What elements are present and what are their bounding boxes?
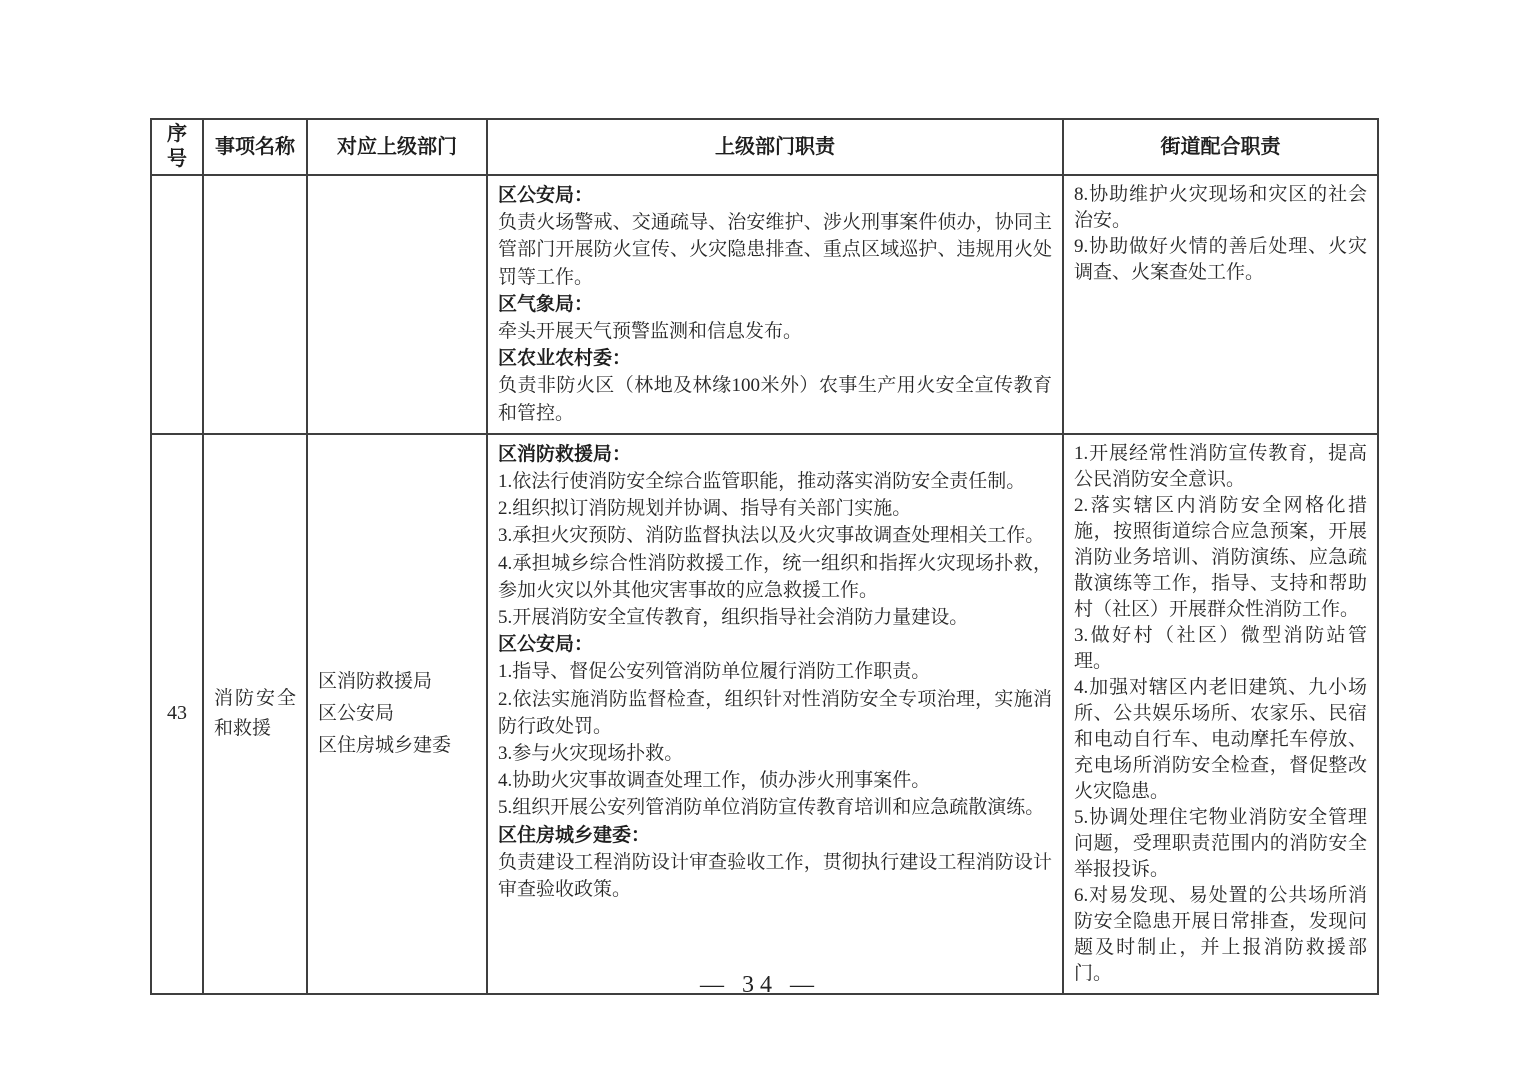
cell-superior-duties: 区消防救援局：1.依法行使消防安全综合监管职能，推动落实消防安全责任制。2.组织…	[487, 434, 1063, 994]
cell-seq-empty	[151, 175, 203, 434]
list-item: 3.做好村（社区）微型消防站管理。	[1074, 623, 1367, 675]
table-row-continuation: 区公安局：负责火场警戒、交通疏导、治安维护、涉火刑事案件侦办，协同主管部门开展防…	[151, 175, 1378, 434]
list-item: 区公安局	[318, 698, 476, 730]
list-item: 区住房城乡建委	[318, 730, 476, 762]
duty-text: 4.协助火灾事故调查处理工作，侦办涉火刑事案件。	[498, 767, 1052, 794]
duty-text: 3.参与火灾现场扑救。	[498, 740, 1052, 767]
header-seq: 序号	[151, 119, 203, 175]
department-heading: 区气象局：	[498, 291, 1052, 318]
duty-text: 负责非防火区（林地及林缘100米外）农事生产用火安全宣传教育和管控。	[498, 372, 1052, 426]
department-heading: 区公安局：	[498, 182, 1052, 209]
duty-text: 5.组织开展公安列管消防单位消防宣传教育培训和应急疏散演练。	[498, 794, 1052, 821]
table-row-43: 43 消防安全和救援 区消防救援局区公安局区住房城乡建委 区消防救援局：1.依法…	[151, 434, 1378, 994]
header-item-name: 事项名称	[203, 119, 307, 175]
list-item: 5.协调处理住宅物业消防安全管理问题，受理职责范围内的消防安全举报投诉。	[1074, 805, 1367, 883]
cell-departments-empty	[307, 175, 487, 434]
cell-departments: 区消防救援局区公安局区住房城乡建委	[307, 434, 487, 994]
list-item: 9.协助做好火情的善后处理、火灾调查、火案查处工作。	[1074, 234, 1367, 286]
header-superior-dept: 对应上级部门	[307, 119, 487, 175]
department-heading: 区农业农村委：	[498, 345, 1052, 372]
header-street-duties: 街道配合职责	[1063, 119, 1378, 175]
duty-text: 1.依法行使消防安全综合监管职能，推动落实消防安全责任制。	[498, 468, 1052, 495]
cell-item-name-empty	[203, 175, 307, 434]
duty-text: 负责火场警戒、交通疏导、治安维护、涉火刑事案件侦办，协同主管部门开展防火宣传、火…	[498, 209, 1052, 291]
cell-superior-duties: 区公安局：负责火场警戒、交通疏导、治安维护、涉火刑事案件侦办，协同主管部门开展防…	[487, 175, 1063, 434]
duty-text: 4.承担城乡综合性消防救援工作，统一组织和指挥火灾现场扑救，参加火灾以外其他灾害…	[498, 550, 1052, 604]
list-item: 1.开展经常性消防宣传教育，提高公民消防安全意识。	[1074, 441, 1367, 493]
duty-text: 牵头开展天气预警监测和信息发布。	[498, 318, 1052, 345]
cell-seq: 43	[151, 434, 203, 994]
table-header-row: 序号 事项名称 对应上级部门 上级部门职责 街道配合职责	[151, 119, 1378, 175]
list-item: 4.加强对辖区内老旧建筑、九小场所、公共娱乐场所、农家乐、民宿和电动自行车、电动…	[1074, 675, 1367, 805]
duties-table: 序号 事项名称 对应上级部门 上级部门职责 街道配合职责 区公安局：负责火场警戒…	[150, 118, 1379, 995]
duty-text: 5.开展消防安全宣传教育，组织指导社会消防力量建设。	[498, 604, 1052, 631]
page-number: — 34 —	[0, 972, 1520, 999]
list-item: 8.协助维护火灾现场和灾区的社会治安。	[1074, 182, 1367, 234]
duty-text: 负责建设工程消防设计审查验收工作，贯彻执行建设工程消防设计审查验收政策。	[498, 849, 1052, 903]
cell-street-duties: 1.开展经常性消防宣传教育，提高公民消防安全意识。2.落实辖区内消防安全网格化措…	[1063, 434, 1378, 994]
duty-text: 1.指导、督促公安列管消防单位履行消防工作职责。	[498, 658, 1052, 685]
cell-street-duties: 8.协助维护火灾现场和灾区的社会治安。9.协助做好火情的善后处理、火灾调查、火案…	[1063, 175, 1378, 434]
cell-item-name: 消防安全和救援	[203, 434, 307, 994]
duty-text: 2.依法实施消防监督检查，组织针对性消防安全专项治理，实施消防行政处罚。	[498, 686, 1052, 740]
list-item: 区消防救援局	[318, 666, 476, 698]
duty-text: 3.承担火灾预防、消防监督执法以及火灾事故调查处理相关工作。	[498, 522, 1052, 549]
department-heading: 区住房城乡建委：	[498, 822, 1052, 849]
duty-text: 2.组织拟订消防规划并协调、指导有关部门实施。	[498, 495, 1052, 522]
document-page: 序号 事项名称 对应上级部门 上级部门职责 街道配合职责 区公安局：负责火场警戒…	[0, 0, 1520, 1074]
header-superior-duties: 上级部门职责	[487, 119, 1063, 175]
department-heading: 区消防救援局：	[498, 441, 1052, 468]
department-heading: 区公安局：	[498, 631, 1052, 658]
list-item: 2.落实辖区内消防安全网格化措施，按照街道综合应急预案，开展消防业务培训、消防演…	[1074, 493, 1367, 623]
